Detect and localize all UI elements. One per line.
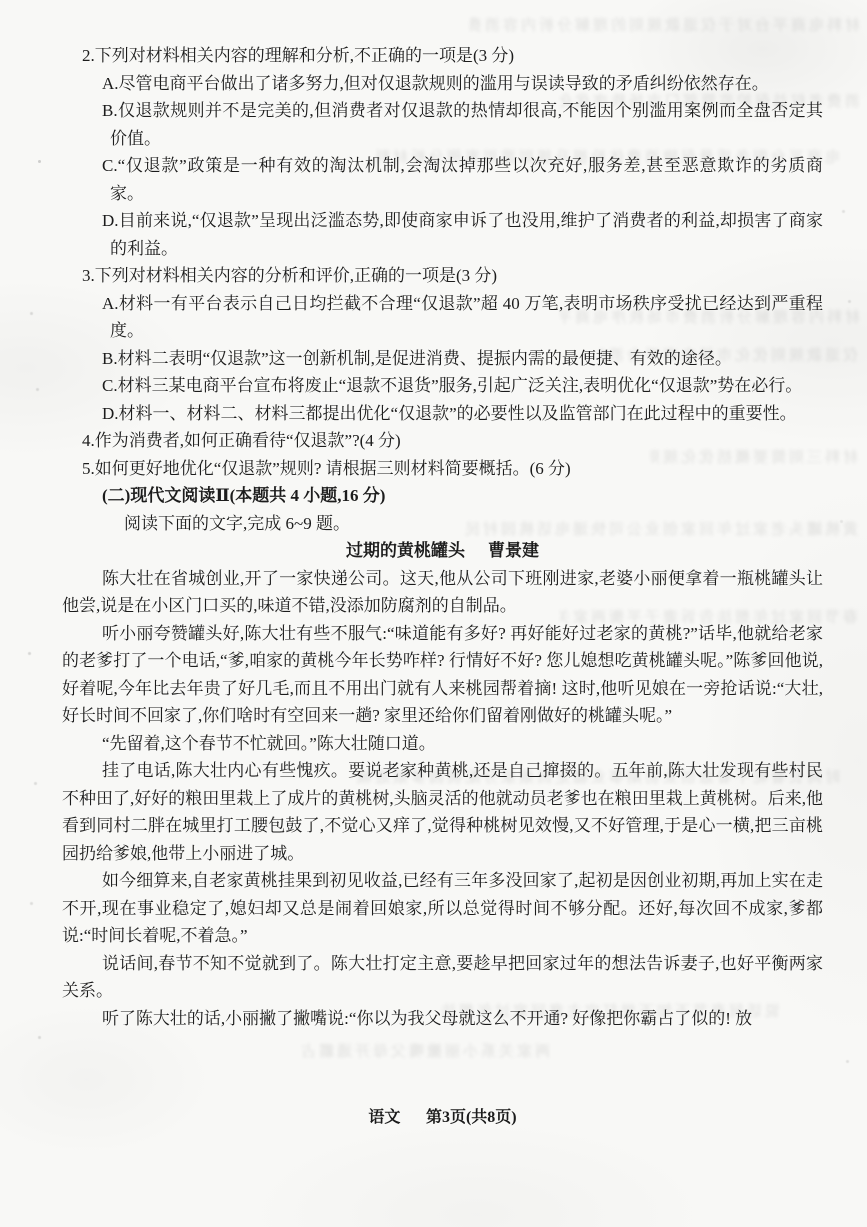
question-2-stem: 2.下列对材料相关内容的理解和分析,不正确的一项是(3 分) — [62, 42, 823, 70]
question-3-option-d: D.材料一、材料二、材料三都提出优化“仅退款”的必要性以及监管部门在此过程中的重… — [62, 400, 823, 428]
option-text: 材料二表明“仅退款”这一创新机制,是促进消费、提振内需的最便捷、有效的途径。 — [118, 349, 732, 368]
story-paragraph: 如今细算来,自老家黄桃挂果到初见收益,已经有三年多没回家了,起初是因创业初期,再… — [62, 867, 823, 950]
option-text: 材料三某电商平台宣布将废止“退款不退货”服务,引起广泛关注,表明优化“仅退款”势… — [118, 376, 803, 395]
option-text: 尽管电商平台做出了诸多努力,但对仅退款规则的滥用与误读导致的矛盾纠纷依然存在。 — [119, 74, 769, 93]
page-content: 2.下列对材料相关内容的理解和分析,不正确的一项是(3 分) A.尽管电商平台做… — [62, 42, 823, 1032]
option-label: C. — [102, 156, 118, 175]
footer-page-number: 第3页(共8页) — [426, 1109, 517, 1126]
question-3-stem-text: 下列对材料相关内容的分析和评价,正确的一项是(3 分) — [95, 266, 497, 285]
option-label: D. — [102, 211, 119, 230]
question-2-number: 2. — [82, 46, 95, 65]
question-2: 2.下列对材料相关内容的理解和分析,不正确的一项是(3 分) A.尽管电商平台做… — [62, 42, 823, 262]
question-3-option-c: C.材料三某电商平台宣布将废止“退款不退货”服务,引起广泛关注,表明优化“仅退款… — [62, 372, 823, 400]
option-text: 目前来说,“仅退款”呈现出泛滥态势,即使商家申诉了也没用,维护了消费者的利益,却… — [110, 211, 823, 258]
option-label: C. — [102, 376, 118, 395]
story-paragraph: 说话间,春节不知不觉就到了。陈大壮打定主意,要趁早把回家过年的想法告诉妻子,也好… — [62, 950, 823, 1005]
reading-section-2: (二)现代文阅读Ⅱ(本题共 4 小题,16 分) 阅读下面的文字,完成 6~9 … — [62, 482, 823, 1032]
option-text: 材料一有平台表示自己日均拦截不合理“仅退款”超 40 万笔,表明市场秩序受扰已经… — [110, 294, 823, 341]
story-paragraph: 听了陈大壮的话,小丽撇了撇嘴说:“你以为我父母就这么不开通? 好像把你霸占了似的… — [62, 1005, 823, 1033]
option-label: A. — [102, 294, 119, 313]
bleed-through-artifact: 材料电商平台对于仅退款规则的理解分析内容消费 — [470, 14, 860, 35]
question-3: 3.下列对材料相关内容的分析和评价,正确的一项是(3 分) A.材料一有平台表示… — [62, 262, 823, 427]
option-text: 材料一、材料二、材料三都提出优化“仅退款”的必要性以及监管部门在此过程中的重要性… — [119, 404, 797, 423]
question-5: 5.如何更好地优化“仅退款”规则? 请根据三则材料简要概括。(6 分) — [62, 455, 823, 483]
reading-section-2-heading: (二)现代文阅读Ⅱ(本题共 4 小题,16 分) — [62, 482, 823, 510]
question-4-stem: 4.作为消费者,如何正确看待“仅退款”?(4 分) — [62, 427, 823, 455]
option-label: B. — [102, 349, 118, 368]
option-label: A. — [102, 74, 119, 93]
page-footer: 语文第3页(共8页) — [62, 1104, 823, 1127]
question-2-option-a: A.尽管电商平台做出了诸多努力,但对仅退款规则的滥用与误读导致的矛盾纠纷依然存在… — [62, 70, 823, 98]
reading-section-2-instruction: 阅读下面的文字,完成 6~9 题。 — [62, 510, 823, 538]
option-label: B. — [102, 101, 118, 120]
question-2-option-c: C.“仅退款”政策是一种有效的淘汰机制,会淘汰掉那些以次充好,服务差,甚至恶意欺… — [62, 152, 823, 207]
story-paragraph: 陈大壮在省城创业,开了一家快递公司。这天,他从公司下班刚进家,老婆小丽便拿着一瓶… — [62, 565, 823, 620]
question-4: 4.作为消费者,如何正确看待“仅退款”?(4 分) — [62, 427, 823, 455]
story-author: 曹景建 — [488, 541, 539, 560]
story-title-line: 过期的黄桃罐头曹景建 — [62, 537, 823, 565]
story-title: 过期的黄桃罐头 — [346, 541, 465, 560]
footer-subject: 语文 — [368, 1109, 400, 1126]
option-text: 仅退款规则并不是完美的,但消费者对仅退款的热情却很高,不能因个别滥用案例而全盘否… — [110, 101, 823, 148]
question-4-stem-text: 作为消费者,如何正确看待“仅退款”?(4 分) — [95, 431, 401, 450]
ink-speck-artifacts — [38, 160, 41, 163]
question-2-stem-text: 下列对材料相关内容的理解和分析,不正确的一项是(3 分) — [95, 46, 514, 65]
question-4-number: 4. — [82, 431, 95, 450]
bleed-through-artifact: 两家关系小丽撇嘴父母开通霸占 — [250, 1040, 550, 1061]
question-2-option-d: D.目前来说,“仅退款”呈现出泛滥态势,即使商家申诉了也没用,维护了消费者的利益… — [62, 207, 823, 262]
question-3-number: 3. — [82, 266, 95, 285]
exam-paper-page: 材料电商平台对于仅退款规则的理解分析内容消费 消费者权益保护监管部门市场秩序优化… — [0, 0, 867, 1227]
question-5-number: 5. — [82, 459, 95, 478]
question-3-option-b: B.材料二表明“仅退款”这一创新机制,是促进消费、提振内需的最便捷、有效的途径。 — [62, 345, 823, 373]
question-5-stem-text: 如何更好地优化“仅退款”规则? 请根据三则材料简要概括。(6 分) — [95, 459, 571, 478]
story-paragraph: 挂了电话,陈大壮内心有些愧疚。要说老家种黄桃,还是自己撺掇的。五年前,陈大壮发现… — [62, 757, 823, 867]
option-text: “仅退款”政策是一种有效的淘汰机制,会淘汰掉那些以次充好,服务差,甚至恶意欺诈的… — [110, 156, 823, 203]
story-paragraph: 听小丽夸赞罐头好,陈大壮有些不服气:“味道能有多好? 再好能好过老家的黄桃?”话… — [62, 620, 823, 730]
option-label: D. — [102, 404, 119, 423]
question-3-stem: 3.下列对材料相关内容的分析和评价,正确的一项是(3 分) — [62, 262, 823, 290]
story-paragraph: “先留着,这个春节不忙就回。”陈大壮随口道。 — [62, 730, 823, 758]
question-3-option-a: A.材料一有平台表示自己日均拦截不合理“仅退款”超 40 万笔,表明市场秩序受扰… — [62, 290, 823, 345]
question-5-stem: 5.如何更好地优化“仅退款”规则? 请根据三则材料简要概括。(6 分) — [62, 455, 823, 483]
question-2-option-b: B.仅退款规则并不是完美的,但消费者对仅退款的热情却很高,不能因个别滥用案例而全… — [62, 97, 823, 152]
